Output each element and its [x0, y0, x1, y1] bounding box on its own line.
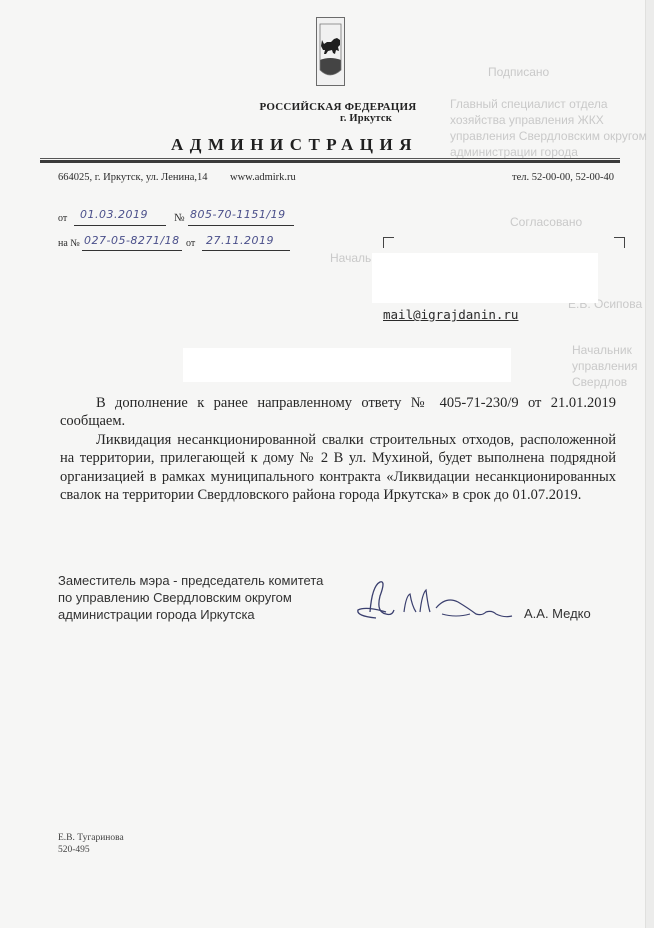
outgoing-date-handwritten: 01.03.2019: [80, 208, 148, 221]
address-corner-bracket-left: [383, 237, 394, 248]
number-underline: [188, 225, 294, 226]
executor-phone: 520-495: [58, 844, 124, 856]
address-corner-bracket-right: [614, 237, 625, 248]
date-underline: [74, 225, 166, 226]
letter-body: В дополнение к ранее направленному ответ…: [60, 394, 616, 504]
city-name: г. Иркутск: [0, 113, 654, 124]
redacted-recipient-area: [372, 253, 598, 303]
coat-of-arms-emblem: [316, 17, 345, 86]
position-line: Заместитель мэра - председатель комитета: [58, 572, 323, 589]
bleed-through-text: управления: [572, 358, 637, 374]
body-paragraph: Ликвидация несанкционированной свалки ст…: [60, 431, 616, 505]
date-label: от: [58, 213, 67, 224]
bleed-through-text: Подписано: [488, 64, 549, 80]
organization-address: 664025, г. Иркутск, ул. Ленина,14: [58, 172, 208, 183]
recipient-email: mail@igrajdanin.ru: [383, 307, 518, 322]
position-line: по управлению Свердловским округом: [58, 589, 323, 606]
executor-name: Е.В. Тугаринова: [58, 832, 124, 844]
bleed-through-text: Свердлов: [572, 374, 627, 390]
header-rule-thick: [40, 160, 620, 163]
in-reply-number-underline: [82, 250, 182, 251]
bleed-through-text: Согласовано: [510, 214, 582, 230]
signatory-position: Заместитель мэра - председатель комитета…: [58, 572, 323, 623]
in-reply-date-handwritten: 27.11.2019: [206, 234, 274, 247]
handwritten-signature-icon: [346, 576, 516, 626]
in-reply-date-label: от: [186, 238, 195, 249]
letterhead-federation: РОССИЙСКАЯ ФЕДЕРАЦИЯ г. Иркутск: [0, 101, 654, 124]
bleed-through-text: управления Свердловским округом: [450, 128, 647, 144]
organization-website: www.admirk.ru: [230, 172, 296, 183]
redacted-salutation-area: [183, 348, 511, 382]
country-name: РОССИЙСКАЯ ФЕДЕРАЦИЯ: [238, 101, 417, 113]
executor-info: Е.В. Тугаринова 520-495: [58, 832, 124, 856]
header-rule-thin: [40, 158, 620, 159]
irkutsk-coat-of-arms-icon: [318, 20, 343, 82]
organization-phone: тел. 52-00-00, 52-00-40: [512, 172, 614, 183]
position-line: администрации города Иркутска: [58, 606, 323, 623]
signatory-name: А.А. Медко: [524, 606, 591, 621]
in-reply-number-handwritten: 027-05-8271/18: [84, 234, 180, 247]
number-label: №: [174, 212, 185, 224]
document-page: Подписано Главный специалист отдела хозя…: [0, 0, 654, 928]
organization-title: АДМИНИСТРАЦИЯ: [171, 135, 418, 155]
body-paragraph: В дополнение к ранее направленному ответ…: [60, 394, 616, 431]
outgoing-number-handwritten: 805-70-1151/19: [190, 208, 286, 221]
in-reply-date-underline: [202, 250, 290, 251]
bleed-through-text: Начальник: [572, 342, 632, 358]
in-reply-label: на №: [58, 238, 80, 249]
